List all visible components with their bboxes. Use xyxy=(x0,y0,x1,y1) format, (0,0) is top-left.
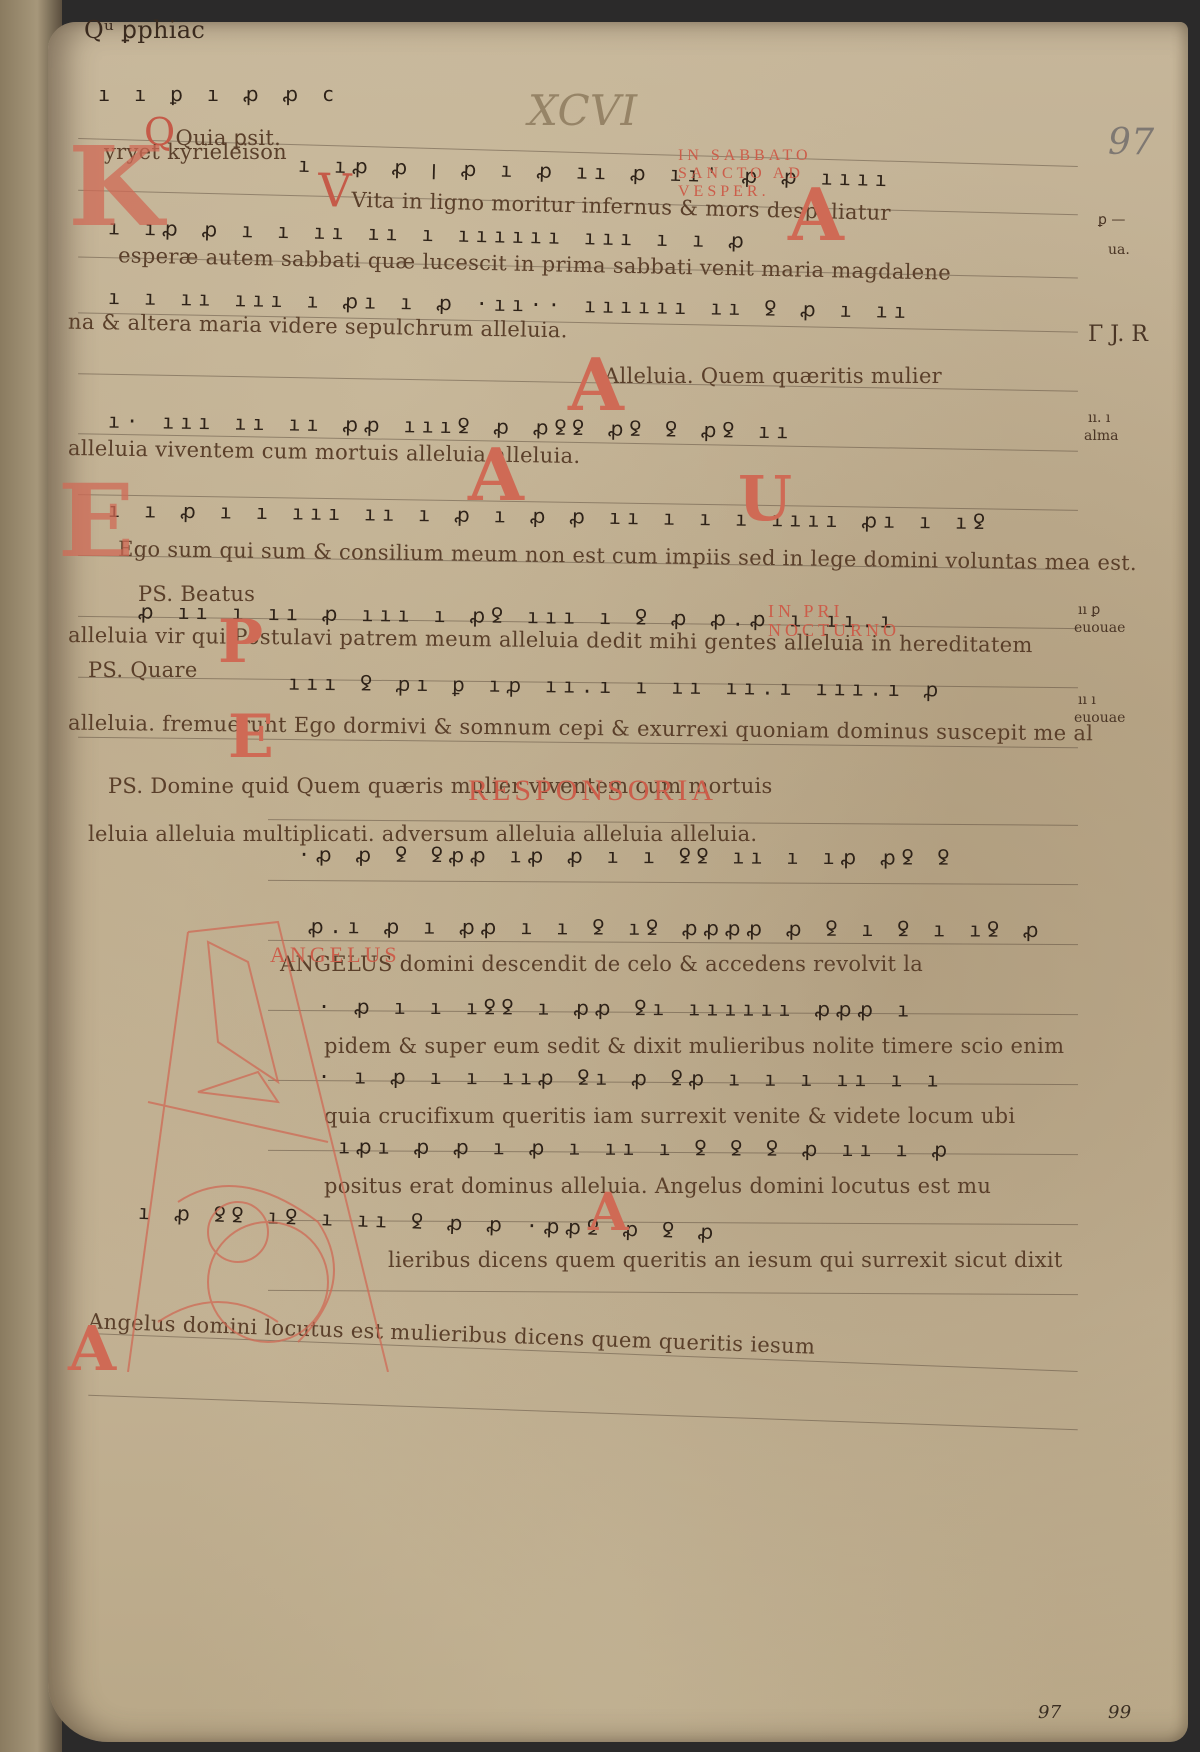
margin-note: ıı. ı xyxy=(1088,410,1110,426)
text-line: Ego sum qui sum & consilium meum non est… xyxy=(118,537,1137,575)
red-initial-A: A xyxy=(568,342,624,427)
red-initial-A: A xyxy=(588,1182,628,1243)
text-line: quia crucifixum queritis iam surrexit ve… xyxy=(324,1104,1015,1128)
red-initial-K: K xyxy=(68,122,164,251)
margin-note: ꝑ — xyxy=(1098,212,1125,228)
text-line: Alleluia. Quem quæritis mulier xyxy=(604,364,942,388)
manuscript-folio: Qᵘ ꝑphiac XCVI 97 ı ı ꝑ ı ꝓ ꝓ c ı ıꝓ ꝓ ꞁ… xyxy=(48,22,1188,1742)
rubric-responsoria: RESPONSORIA xyxy=(468,774,717,808)
neume-row: · ı ꝓ ı ı ııꝓ ꝿı ꝓ ꝿꝓ ı ı ı ıı ı ı xyxy=(318,1062,945,1092)
top-heading: Qᵘ ꝑphiac xyxy=(84,16,205,44)
neume-row: ꝓ.ı ꝓ ı ꝓꝓ ı ı ꝿ ıꝿ ꝓꝓꝓꝓ ꝓ ꝿ ı ꝿ ı ıꝿ ꝓ xyxy=(308,912,1045,943)
bottom-number: 97 xyxy=(1038,1702,1062,1723)
neume-row: · ꝓ ı ı ıꝿꝿ ı ꝓꝓ ꝿı ıııııı ꝓꝓꝓ ı xyxy=(318,992,915,1022)
red-initial-P: P xyxy=(218,607,263,677)
folio-number-pencil: 97 xyxy=(1108,122,1154,163)
text-line: positus erat dominus alleluia. Angelus d… xyxy=(324,1174,991,1198)
red-initial-E: E xyxy=(228,702,274,772)
text-line: PS. Quare xyxy=(88,658,198,682)
rubric-in-sabbato: IN SABBATOSANCTO ADVESPER. xyxy=(678,147,812,201)
margin-note: euouae xyxy=(1074,710,1125,726)
red-initial-A: A xyxy=(468,432,524,517)
margin-note: ıı ı xyxy=(1078,692,1096,708)
margin-note: Γ J. R xyxy=(1088,322,1148,347)
text-line: pidem & super eum sedit & dixit mulierib… xyxy=(324,1034,1064,1058)
text-line: lieribus dicens quem queritis an iesum q… xyxy=(388,1248,1063,1272)
rubric-in-primo-nocturno: IN PRINOCTURNO xyxy=(768,602,900,640)
text-line: alleluia. fremuerunt Ego dormivi & somnu… xyxy=(68,711,1093,746)
margin-note: alma xyxy=(1084,428,1118,444)
red-initial-E: E xyxy=(58,462,134,580)
text-line: leluia alleluia multiplicati. adversum a… xyxy=(88,822,757,846)
decorated-initial-A xyxy=(118,902,398,1372)
margin-note: euouae xyxy=(1074,620,1125,636)
red-initial-A: A xyxy=(68,1312,116,1385)
red-initial-V: U xyxy=(738,462,792,535)
text-line: PS. Beatus xyxy=(138,582,255,606)
neume-row: ııı ꝿ ꝓı ꝑ ıꝓ ıı.ı ı ıı ıı.ı ııı.ı ꝓ xyxy=(288,669,944,703)
margin-note: ua. xyxy=(1108,242,1130,258)
neume-row: ı ı ꝑ ı ꝓ ꝓ c xyxy=(98,82,340,106)
neume-row: ı ı ꝓ ı ı ııı ıı ı ꝓ ı ꝓ ꝓ ıı ı ı ı ıııı… xyxy=(108,496,991,535)
bottom-number: 99 xyxy=(1108,1702,1132,1723)
roman-numeral: XCVI xyxy=(528,86,637,135)
margin-note: ıı ꝑ xyxy=(1078,602,1100,618)
neume-row: ıꝓı ꝓ ꝓ ı ꝓ ı ıı ı ꝿ ꝿ ꝿ ꝓ ıı ı ꝓ xyxy=(338,1132,953,1162)
